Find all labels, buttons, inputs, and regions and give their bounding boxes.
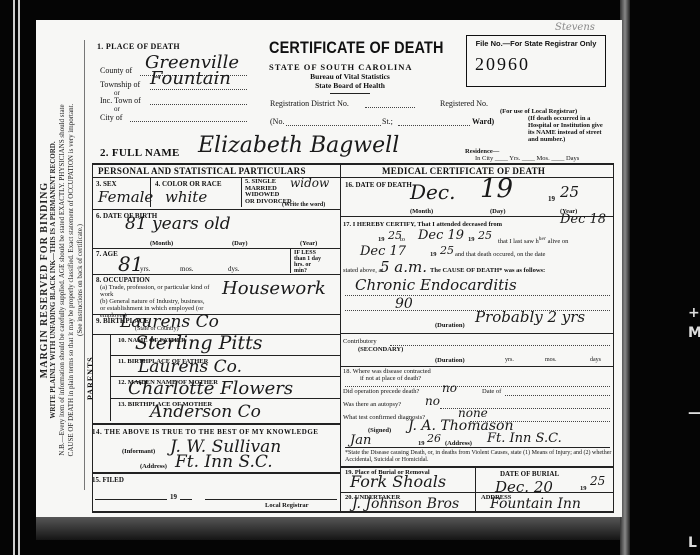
local-registrar-note: (For use of Local Registrar) xyxy=(500,108,577,115)
duration-value: Probably 2 yrs xyxy=(475,308,585,326)
father-name-value: Sterling Pitts xyxy=(135,332,262,354)
operation-date-label: Date of xyxy=(482,388,501,395)
year-prefix: 19 xyxy=(378,236,385,243)
personal-section-title: PERSONAL AND STATISTICAL PARTICULARS xyxy=(98,166,306,176)
document-state: STATE OF SOUTH CAROLINA xyxy=(269,62,413,72)
binding-margin-text: MARGIN RESERVED FOR BINDING WRITE PLAINL… xyxy=(40,60,90,500)
death-year-value: 25 xyxy=(560,183,579,201)
street-line xyxy=(398,125,470,126)
township-value: Fountain xyxy=(150,68,231,89)
form-right-border xyxy=(613,163,614,513)
occupation-value: Housework xyxy=(222,278,326,299)
color-value: white xyxy=(165,188,207,206)
ruler-mark: — xyxy=(688,405,700,421)
sex-label: 3. SEX xyxy=(96,180,117,188)
section-rule xyxy=(92,177,614,178)
birthplace-value: Laurens Co xyxy=(120,312,219,332)
city-label: City of xyxy=(100,113,122,122)
where-contracted-sub: if not at place of death? xyxy=(360,375,421,382)
margin-line: N.B.—Every item of information should be… xyxy=(58,60,67,500)
date-of-death-label: 16. DATE OF DEATH xyxy=(345,181,412,189)
row-rule xyxy=(92,274,340,275)
time-of-death-value: 5 a.m. xyxy=(380,258,427,276)
field-divider xyxy=(290,248,291,273)
burial-year-value: 25 xyxy=(590,474,605,488)
attended-from-value: Dec 18 xyxy=(560,212,606,227)
death-month-label: (Month) xyxy=(410,208,433,215)
filed-registrar-line xyxy=(205,499,337,500)
informant-label: (Informant) xyxy=(122,448,155,455)
day-label: (Day) xyxy=(232,240,248,247)
parents-section-label: PARENTS xyxy=(86,356,95,400)
field-divider xyxy=(150,177,151,207)
county-label: County of xyxy=(100,66,132,75)
title-rule xyxy=(330,93,370,94)
signed-year-value: 26 xyxy=(427,432,441,445)
cause-footnote: *State the Disease causing Death, or, in… xyxy=(345,450,613,464)
ward-label: Ward) xyxy=(472,117,494,126)
registration-district-label: Registration District No. xyxy=(270,99,349,108)
township-label: Township of xyxy=(100,80,140,89)
age-mos-label: mos. xyxy=(180,265,193,273)
section-rule xyxy=(92,163,614,165)
residence-fields: In City ____ Yrs. ____ Mos. ____ Days xyxy=(475,155,579,162)
undertaker-value: J. Johnson Bros xyxy=(352,496,459,512)
burial-date-label: DATE OF BURIAL xyxy=(500,470,559,478)
alive-on-value: Dec 17 xyxy=(360,244,406,259)
filed-label: 15. FILED xyxy=(92,476,124,484)
duration-label: (Duration) xyxy=(435,322,465,329)
document-bureau-block: Bureau of Vital Statistics State Board o… xyxy=(280,72,420,90)
film-edge-line xyxy=(18,0,20,555)
duration2-mos: mos. xyxy=(545,357,557,363)
mother-birthplace-value: Anderson Co xyxy=(150,402,261,422)
signed-address-value: Ft. Inn S.C. xyxy=(487,431,562,446)
yrs-label: Yrs. xyxy=(509,155,520,162)
filed-year-line xyxy=(180,499,192,500)
parents-divider xyxy=(110,334,111,421)
township-line xyxy=(150,89,247,90)
mos-label: Mos. xyxy=(537,155,550,162)
row-rule xyxy=(92,423,340,425)
archive-stamp: Stevens xyxy=(555,22,595,33)
or-text: or xyxy=(114,105,120,113)
burial-place-value: Fork Shoals xyxy=(350,472,446,491)
street-label: St.; xyxy=(382,117,393,126)
to-label: to xyxy=(400,236,405,243)
field-divider xyxy=(241,177,242,207)
file-number-box: File No.—For State Registrar Only 20960 xyxy=(466,35,606,87)
month-label: (Month) xyxy=(150,240,173,247)
bureau-name: Bureau of Vital Statistics xyxy=(280,72,420,81)
age-label: 7. AGE xyxy=(96,250,118,258)
autopsy-value: no xyxy=(425,394,440,408)
last-saw-label: that I last saw h xyxy=(498,238,539,245)
signed-label: (Signed) xyxy=(368,427,391,434)
secondary-label: (SECONDARY) xyxy=(358,346,403,353)
attended-year2-value: 25 xyxy=(478,229,492,242)
autopsy-label: Was there an autopsy? xyxy=(343,401,401,408)
father-birthplace-value: Laurens Co. xyxy=(138,357,242,377)
alive-year-value: 25 xyxy=(440,244,454,257)
death-day-value: 19 xyxy=(480,174,513,204)
registered-no-label: Registered No. xyxy=(440,99,488,108)
death-month-value: Dec. xyxy=(410,180,455,204)
certify-label: 17. I HEREBY CERTIFY, That I attended de… xyxy=(343,221,502,228)
occupation-label: 8. OCCUPATION xyxy=(96,276,150,284)
contributory-line xyxy=(390,345,610,346)
full-name-value: Elizabeth Bagwell xyxy=(198,133,399,158)
color-label: 4. COLOR OR RACE xyxy=(155,180,222,188)
year-label: (Year) xyxy=(300,240,317,247)
year-prefix: 19 xyxy=(580,485,587,492)
margin-rule xyxy=(84,40,85,490)
in-city-label: In City xyxy=(475,155,493,162)
row-rule xyxy=(340,466,614,468)
row-rule xyxy=(92,209,340,210)
board-name: State Board of Health xyxy=(280,81,420,90)
town-line xyxy=(150,104,247,105)
days-label: Days xyxy=(566,155,579,162)
marital-note: (Write the word) xyxy=(282,202,325,208)
operation-date-line xyxy=(505,395,610,396)
signed-address-label: (Address) xyxy=(445,440,472,447)
contributory-label: Contributory xyxy=(343,338,377,345)
film-edge-line xyxy=(13,0,15,555)
informant-address-label: (Address) xyxy=(140,463,167,470)
if-less-block: IF LESS than 1 day hrs. or min? xyxy=(294,250,321,274)
town-label: Inc. Town of xyxy=(100,96,141,105)
where-line xyxy=(345,386,610,387)
duration2-days: days xyxy=(590,357,601,363)
year-prefix: 19 xyxy=(418,440,425,447)
file-number: 20960 xyxy=(475,54,605,75)
duration2-yrs: yrs. xyxy=(505,357,514,363)
row-rule xyxy=(340,333,614,334)
last-saw-block: that I last saw hher alive on xyxy=(498,236,568,245)
medical-section-title: MEDICAL CERTIFICATE OF DEATH xyxy=(382,166,545,176)
local-registrar-label: Local Registrar xyxy=(265,502,309,509)
where-contracted-label: 18. Where was disease contracted xyxy=(343,368,431,375)
stated-above-label: stated above, at xyxy=(343,267,383,274)
document-title: CERTIFICATE OF DEATH xyxy=(269,38,444,58)
attended-to-value: Dec 19 xyxy=(418,228,464,243)
place-of-death-label: 1. PLACE OF DEATH xyxy=(97,42,180,51)
undertaker-address-value: Fountain Inn xyxy=(490,496,581,512)
cause-of-death-label: The CAUSE OF DEATH* was as follows: xyxy=(430,267,545,274)
city-line xyxy=(130,121,247,122)
cause-of-death-value: Chronic Endocarditis xyxy=(355,276,517,294)
row-rule xyxy=(340,492,614,493)
alive-on-label: alive on xyxy=(548,238,569,245)
year-prefix: 19 xyxy=(430,251,437,258)
full-name-label: 2. FULL NAME xyxy=(100,147,180,159)
margin-line: WRITE PLAINLY WITH UNFADING BLACK INK—TH… xyxy=(49,60,58,500)
death-day-label: (Day) xyxy=(490,208,506,215)
row-rule xyxy=(92,472,340,474)
age-yrs-label: yrs. xyxy=(140,265,150,273)
row-rule xyxy=(110,376,340,377)
registration-district-line xyxy=(365,107,415,108)
occupation-a-label: (a) Trade, profession, or particular kin… xyxy=(100,284,220,298)
scan-ruler: + M — L xyxy=(688,0,700,555)
residence-label: Residence— xyxy=(465,148,499,155)
field-divider xyxy=(475,466,476,511)
row-rule xyxy=(340,366,614,367)
death-occurred-label: and that death occured, on the date xyxy=(455,251,545,258)
margin-heading: MARGIN RESERVED FOR BINDING xyxy=(40,60,49,500)
age-dys-label: dys. xyxy=(228,265,239,273)
dob-value: 81 years old xyxy=(125,214,231,234)
death-year-prefix: 19 xyxy=(548,195,555,203)
row-rule xyxy=(345,447,610,448)
street-no-label: (No. xyxy=(270,117,284,126)
margin-line: CAUSE OF DEATH in plain terms so that it… xyxy=(67,60,76,500)
operation-value: no xyxy=(442,381,457,395)
sex-value: Female xyxy=(98,188,153,206)
informant-address-value: Ft. Inn S.C. xyxy=(175,452,273,472)
informant-statement: 14. THE ABOVE IS TRUE TO THE BEST OF MY … xyxy=(92,428,318,436)
duration2-label: (Duration) xyxy=(435,357,465,364)
mother-name-value: Charlotte Flowers xyxy=(128,378,293,399)
row-rule xyxy=(92,248,340,249)
row-rule xyxy=(110,355,340,356)
street-no-line xyxy=(286,125,381,126)
last-saw-pronoun: her xyxy=(539,236,546,242)
form-left-border xyxy=(92,163,93,513)
ruler-mark: + xyxy=(688,305,700,321)
cause-line xyxy=(345,295,610,296)
operation-label: Did operation precede death? xyxy=(343,388,419,395)
signed-date-value: Jan xyxy=(350,433,371,448)
file-box-header: File No.—For State Registrar Only xyxy=(467,39,605,48)
hospital-note: (If death occurred in a Hospital or Inst… xyxy=(528,115,608,143)
year-prefix: 19 xyxy=(468,236,475,243)
row-rule xyxy=(110,398,340,399)
ruler-mark: L xyxy=(688,535,697,551)
marital-value: widow xyxy=(290,176,329,190)
filed-date-line xyxy=(95,499,167,500)
ruler-mark: M xyxy=(688,325,700,341)
filed-year-prefix: 19 xyxy=(170,493,177,501)
